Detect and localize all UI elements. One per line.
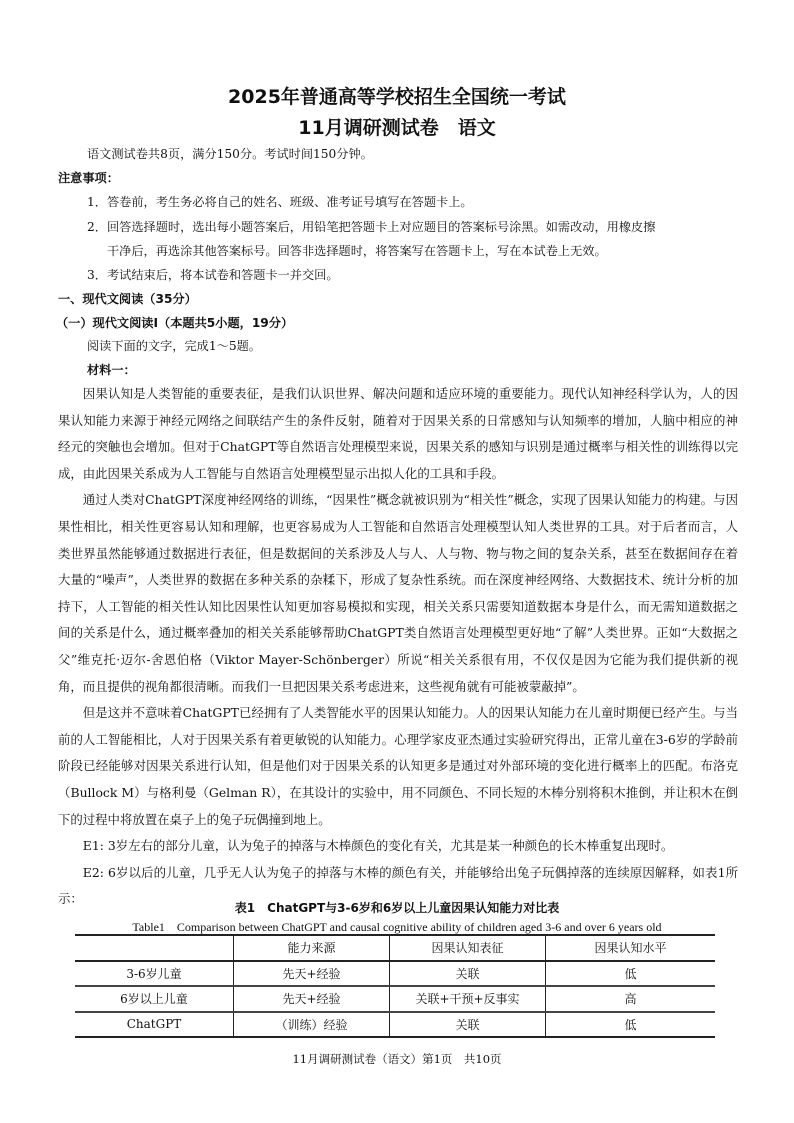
table-header: 能力来源 xyxy=(234,935,390,961)
notice-item: 3．考试结束后，将本试卷和答题卡一并交回。 xyxy=(87,267,767,283)
table-cell: 先天+经验 xyxy=(234,961,390,987)
notice-heading: 注意事项： xyxy=(58,170,738,186)
table-row: 6岁以上儿童 先天+经验 关联+干预+反事实 高 xyxy=(75,986,715,1012)
table-cell: ChatGPT xyxy=(75,1012,234,1038)
paragraph: 但是这并不意味着ChatGPT已经拥有了人类智能水平的因果认知能力。人的因果认知… xyxy=(58,700,738,833)
subsection-heading: （一）现代文阅读Ⅰ（本题共5小题，19分） xyxy=(56,315,736,331)
notice-item: 干净后，再选涂其他答案标号。回答非选择题时，将答案写在答题卡上，写在本试卷上无效… xyxy=(107,243,787,259)
notice-item: 2．回答选择题时，选出每小题答案后，用铅笔把答题卡上对应题目的答案标号涂黑。如需… xyxy=(87,219,767,235)
table-cell: 低 xyxy=(546,1012,716,1038)
page-footer: 11月调研测试卷（语文）第1页 共10页 xyxy=(0,1051,794,1067)
table-header xyxy=(75,935,234,961)
table-cell: 低 xyxy=(546,961,716,987)
table-cell: 关联+干预+反事实 xyxy=(390,986,546,1012)
exam-page: 2025年普通高等学校招生全国统一考试 11月调研测试卷 语文 语文测试卷共8页… xyxy=(0,0,794,1123)
reading-instruction: 阅读下面的文字，完成1～5题。 xyxy=(87,338,767,354)
paragraph: 通过人类对ChatGPT深度神经网络的训练，“因果性”概念就被识别为“相关性”概… xyxy=(58,487,738,700)
exam-subtitle: 11月调研测试卷 语文 xyxy=(0,113,794,140)
table-cell: 6岁以上儿童 xyxy=(75,986,234,1012)
table-cell: 高 xyxy=(546,986,716,1012)
table-row: 3-6岁儿童 先天+经验 关联 低 xyxy=(75,961,715,987)
table-cell: （训练）经验 xyxy=(234,1012,390,1038)
exam-title: 2025年普通高等学校招生全国统一考试 xyxy=(0,82,794,109)
table-cell: 3-6岁儿童 xyxy=(75,961,234,987)
table-cell: 关联 xyxy=(390,961,546,987)
table-caption-en: Table1 Comparison between ChatGPT and ca… xyxy=(0,918,794,935)
table-cell: 关联 xyxy=(390,1012,546,1038)
notice-item: 1．答卷前，考生务必将自己的姓名、班级、准考证号填写在答题卡上。 xyxy=(87,194,767,210)
section-heading: 一、现代文阅读（35分） xyxy=(58,291,738,307)
table-header-row: 能力来源 因果认知表征 因果认知水平 xyxy=(75,935,715,961)
material-label: 材料一： xyxy=(87,362,767,378)
table-header: 因果认知表征 xyxy=(390,935,546,961)
table-cell: 先天+经验 xyxy=(234,986,390,1012)
comparison-table: 能力来源 因果认知表征 因果认知水平 3-6岁儿童 先天+经验 关联 低 6岁以… xyxy=(75,934,715,1038)
exam-intro: 语文测试卷共8页，满分150分。考试时间150分钟。 xyxy=(87,146,767,162)
table-caption-cn: 表1 ChatGPT与3-6岁和6岁以上儿童因果认知能力对比表 xyxy=(0,899,794,916)
table-header: 因果认知水平 xyxy=(546,935,716,961)
paragraph: E1: 3岁左右的部分儿童，认为兔子的掉落与木棒颜色的变化有关，尤其是某一种颜色… xyxy=(58,833,738,860)
table-row: ChatGPT （训练）经验 关联 低 xyxy=(75,1012,715,1038)
passage-body: 因果认知是人类智能的重要表征，是我们认识世界、解决问题和适应环境的重要能力。现代… xyxy=(58,381,738,913)
paragraph: 因果认知是人类智能的重要表征，是我们认识世界、解决问题和适应环境的重要能力。现代… xyxy=(58,381,738,487)
